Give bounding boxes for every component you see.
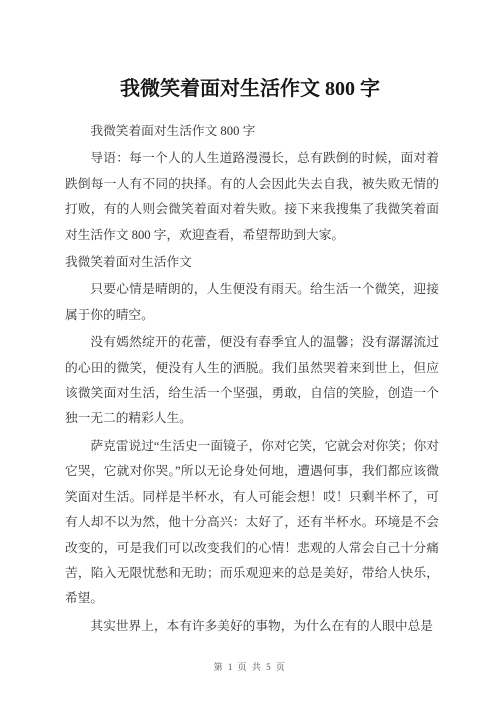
paragraph-body-4: 其实世界上，本有许多美好的事物，为什么在有的人眼中总是 bbox=[65, 614, 439, 639]
document-page: 我微笑着面对生活作文 800 字 我微笑着面对生活作文 800 字 导语：每一个… bbox=[0, 0, 500, 707]
document-title: 我微笑着面对生活作文 800 字 bbox=[20, 76, 480, 103]
page-number-label: 第 1 页 共 5 页 bbox=[214, 662, 287, 672]
document-body: 我微笑着面对生活作文 800 字 导语：每一个人的人生道路漫漫长，总有跌倒的时候… bbox=[65, 119, 439, 639]
page-footer: 第 1 页 共 5 页 bbox=[0, 660, 500, 673]
paragraph-body-2: 没有嫣然绽开的花蕾，便没有春季宜人的温馨；没有潺潺流过的心田的微笑，便没有人生的… bbox=[65, 330, 439, 432]
paragraph-subheading: 我微笑着面对生活作文 bbox=[65, 250, 439, 275]
paragraph-body-3: 萨克雷说过“生活史一面镜子，你对它笑，它就会对你笑；你对它哭，它就对你哭。”所以… bbox=[65, 434, 439, 612]
paragraph-intro: 导语：每一个人的人生道路漫漫长，总有跌倒的时候，面对着跌倒每一人有不同的抉择。有… bbox=[65, 146, 439, 248]
paragraph-title-repeat: 我微笑着面对生活作文 800 字 bbox=[65, 119, 439, 144]
paragraph-body-1: 只要心情是晴朗的，人生便没有雨天。给生活一个微笑，迎接属于你的晴空。 bbox=[65, 277, 439, 328]
